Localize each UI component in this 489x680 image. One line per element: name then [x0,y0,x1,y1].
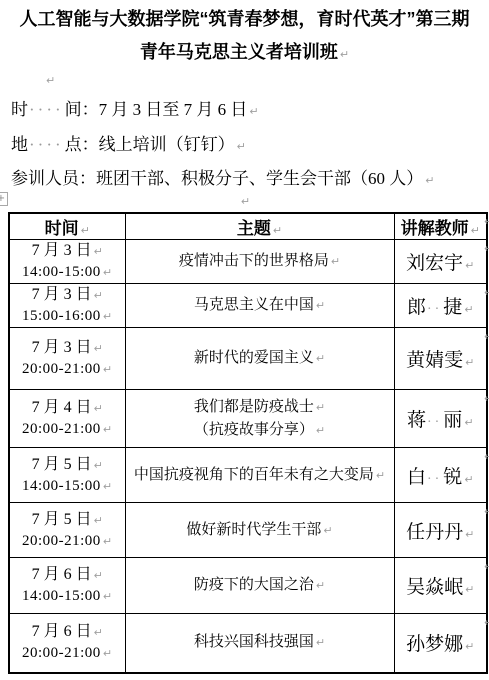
schedule-topic-cell[interactable]: 疫情冲击下的世界格局↵ [125,240,394,284]
info-participants-value: 参训人员：班团干部、积极分子、学生会干部（60 人） [11,169,423,188]
paragraph-mark: ↵ [464,416,473,429]
schedule-teacher-cell[interactable]: 蒋··丽↵ [394,390,487,448]
schedule-time-cell[interactable]: 7 月 6 日↵ 20:00-21:00↵ [9,614,125,673]
paragraph-mark: ↵ [103,310,113,323]
row-end-mark: ↵ [484,286,489,299]
paragraph-mark: ↵ [94,459,103,472]
paragraph-mark: ↵ [46,74,55,87]
space-dots: ·· [427,415,442,430]
paragraph-mark: ↵ [316,636,325,649]
schedule-topic-cell[interactable]: 新时代的爱国主义↵ [125,328,394,390]
document-page: { "title": { "line1": "人工智能与大数据学院“筑青春梦想，… [0,0,489,680]
paragraph-mark: ↵ [94,402,103,415]
paragraph-mark: ↵ [249,105,258,118]
header-teacher[interactable]: 讲解教师↵ [394,213,487,240]
schedule-time-cell[interactable]: 7 月 5 日↵ 14:00-15:00↵ [9,448,125,503]
paragraph-mark: ↵ [81,224,90,237]
schedule-topic-cell[interactable]: 马克思主义在中国↵ [125,284,394,328]
schedule-teacher-cell[interactable]: 黄婧雯↵ [394,328,487,390]
table-row: 7 月 6 日↵ 14:00-15:00↵ 防疫下的大国之治↵ 吴焱岷↵ [9,558,487,614]
paragraph-mark: ↵ [471,224,480,237]
document-title-line2: 青年马克思主义者培训班↵ [0,36,489,71]
paragraph-mark: ↵ [103,363,113,376]
paragraph-mark: ↵ [316,401,325,414]
paragraph-mark: ↵ [425,174,434,187]
info-time-value: 间：7 月 3 日至 7 月 6 日 [65,100,248,119]
space-dots: ·· [427,472,442,487]
paragraph-mark: ↵ [340,48,349,61]
paragraph-mark: ↵ [103,266,113,279]
paragraph-mark: ↵ [103,423,113,436]
row-end-mark: ↵ [484,242,489,255]
paragraph-mark: ↵ [273,224,282,237]
paragraph-mark: ↵ [94,626,103,639]
info-location-label-start: 地 [11,135,28,154]
paragraph-mark: ↵ [465,640,474,653]
document-title-line1: 人工智能与大数据学院“筑青春梦想，育时代英才”第三期 [0,3,489,36]
row-end-mark: ↵ [484,450,489,463]
paragraph-mark: ↵ [94,289,103,302]
schedule-time-cell[interactable]: 7 月 6 日↵ 14:00-15:00↵ [9,558,125,614]
paragraph-mark: ↵ [316,352,325,365]
space-dots: ···· [29,135,64,154]
empty-paragraph[interactable]: ↵ [44,71,55,89]
space-dots: ·· [427,302,442,317]
schedule-topic-cell[interactable]: 我们都是防疫战士↵ （抗疫故事分享）↵ [125,390,394,448]
schedule-teacher-cell[interactable]: 任丹丹↵ [394,503,487,558]
paragraph-mark: ↵ [465,528,474,541]
paragraph-mark: ↵ [465,356,474,369]
paragraph-mark: ↵ [323,524,332,537]
schedule-time-cell[interactable]: 7 月 5 日↵ 20:00-21:00↵ [9,503,125,558]
schedule-time-cell[interactable]: 7 月 4 日↵ 20:00-21:00↵ [9,390,125,448]
paragraph-mark: ↵ [465,259,474,272]
table-row: 7 月 3 日↵ 15:00-16:00↵ 马克思主义在中国↵ 郎··捷↵ [9,284,487,328]
row-end-mark: ↵ [484,392,489,405]
row-end-mark: ↵ [484,215,489,228]
info-location-value: 点：线上培训（钉钉） [65,135,235,154]
schedule-teacher-cell[interactable]: 刘宏宇↵ [394,240,487,284]
header-time[interactable]: 时间↵ [9,213,125,240]
schedule-teacher-cell[interactable]: 吴焱岷↵ [394,558,487,614]
table-row: 7 月 3 日↵ 14:00-15:00↵ 疫情冲击下的世界格局↵ 刘宏宇↵ [9,240,487,284]
paragraph-mark: ↵ [331,255,340,268]
paragraph-mark: ↵ [103,480,113,493]
table-row: 7 月 4 日↵ 20:00-21:00↵ 我们都是防疫战士↵ （抗疫故事分享）… [9,390,487,448]
schedule-teacher-cell[interactable]: 孙梦娜↵ [394,614,487,673]
schedule-topic-cell[interactable]: 防疫下的大国之治↵ [125,558,394,614]
document-title[interactable]: 人工智能与大数据学院“筑青春梦想，育时代英才”第三期 青年马克思主义者培训班↵ [0,3,489,71]
paragraph-mark: ↵ [94,245,103,258]
header-teacher-label: 讲解教师 [401,219,469,238]
schedule-topic-cell[interactable]: 中国抗疫视角下的百年未有之大变局↵ [125,448,394,503]
header-topic[interactable]: 主题↵ [125,213,394,240]
paragraph-mark: ↵ [103,590,113,603]
paragraph-mark: ↵ [316,579,325,592]
info-location-line[interactable]: 地····点：线上培训（钉钉）↵ [11,134,246,158]
schedule-teacher-cell[interactable]: 郎··捷↵ [394,284,487,328]
paragraph-mark: ↵ [237,140,246,153]
table-header-row: 时间↵ 主题↵ 讲解教师↵ [9,213,487,240]
paragraph-mark: ↵ [316,424,325,437]
schedule-topic-cell[interactable]: 做好新时代学生干部↵ [125,503,394,558]
paragraph-mark: ↵ [94,342,103,355]
row-end-mark: ↵ [484,330,489,343]
info-participants-line[interactable]: 参训人员：班团干部、积极分子、学生会干部（60 人）↵ [11,168,434,192]
paragraph-mark: ↵ [103,535,113,548]
row-end-mark: ↵ [484,616,489,629]
paragraph-mark: ↵ [94,514,103,527]
info-time-label-start: 时 [11,100,28,119]
paragraph-mark: ↵ [94,569,103,582]
row-end-mark: ↵ [484,505,489,518]
header-time-label: 时间 [45,219,79,238]
paragraph-mark: ↵ [465,583,474,596]
paragraph-mark: ↵ [316,299,325,312]
space-dots: ···· [29,100,64,119]
table-row: 7 月 3 日↵ 20:00-21:00↵ 新时代的爱国主义↵ 黄婧雯↵ [9,328,487,390]
schedule-time-cell[interactable]: 7 月 3 日↵ 15:00-16:00↵ [9,284,125,328]
paragraph-mark: ↵ [241,195,250,208]
row-end-mark: ↵ [484,560,489,573]
table-row: 7 月 5 日↵ 20:00-21:00↵ 做好新时代学生干部↵ 任丹丹↵ [9,503,487,558]
schedule-time-cell[interactable]: 7 月 3 日↵ 14:00-15:00↵ [9,240,125,284]
table-row: 7 月 5 日↵ 14:00-15:00↵ 中国抗疫视角下的百年未有之大变局↵ … [9,448,487,503]
schedule-time-cell[interactable]: 7 月 3 日↵ 20:00-21:00↵ [9,328,125,390]
paragraph-mark: ↵ [103,647,113,660]
table-move-handle-icon[interactable]: + [0,192,8,206]
table-row: 7 月 6 日↵ 20:00-21:00↵ 科技兴国科技强国↵ 孙梦娜↵ [9,614,487,673]
title-text-line2: 青年马克思主义者培训班 [140,42,338,62]
schedule-teacher-cell[interactable]: 白··锐↵ [394,448,487,503]
paragraph-mark: ↵ [376,469,385,482]
schedule-table: 时间↵ 主题↵ 讲解教师↵ 7 月 3 日↵ 14:00-15:00↵ 疫情冲击… [8,212,488,674]
schedule-topic-cell[interactable]: 科技兴国科技强国↵ [125,614,394,673]
paragraph-mark: ↵ [464,473,473,486]
title-text-line1: 人工智能与大数据学院“筑青春梦想，育时代英才”第三期 [20,9,470,29]
header-topic-label: 主题 [237,219,271,238]
info-time-line[interactable]: 时····间：7 月 3 日至 7 月 6 日↵ [11,99,259,123]
paragraph-mark: ↵ [464,303,473,316]
empty-paragraph[interactable]: ↵ [0,192,489,210]
